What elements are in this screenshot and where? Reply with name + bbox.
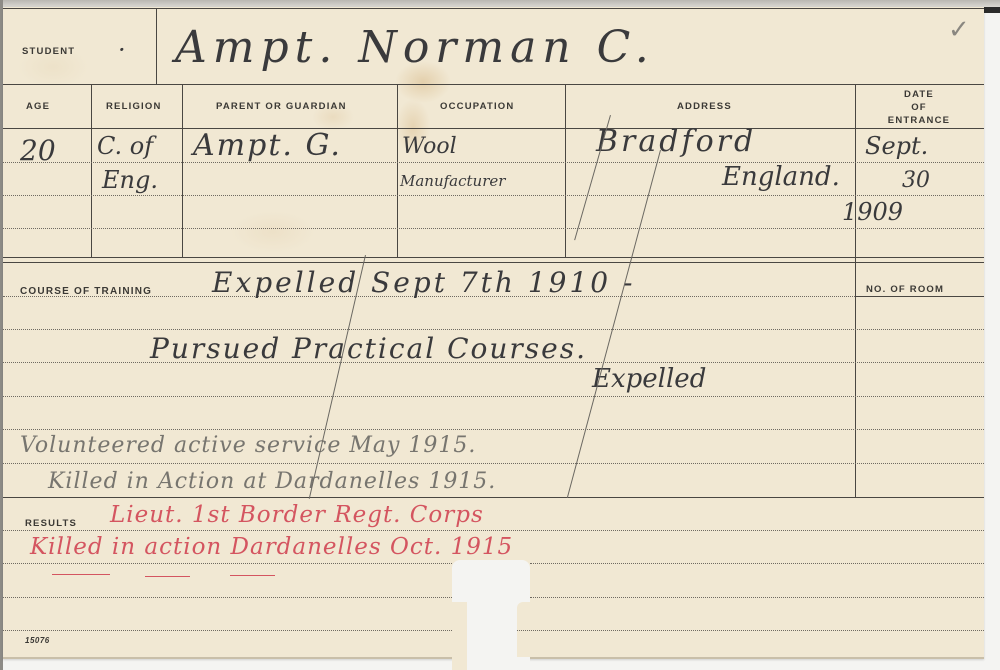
red-underline-1: [52, 574, 110, 575]
student-label: STUDENT: [22, 46, 75, 57]
scan-bed-top-edge: [0, 0, 1000, 7]
notch-shoulder-left: [452, 602, 467, 670]
rule-col-religion: [182, 84, 183, 258]
age-value: 20: [20, 134, 56, 167]
date-header-line-2: OF: [855, 101, 983, 114]
entrance-day: 30: [902, 168, 930, 193]
occupation-value-line-1: Wool: [402, 134, 457, 159]
rule-room-underline: [855, 296, 984, 297]
entrance-year: 1909: [842, 198, 903, 226]
dotted-results-4b: [517, 630, 984, 631]
dotted-results-2a: [3, 563, 452, 564]
dotted-course-5: [3, 429, 984, 430]
rule-top: [3, 8, 984, 9]
rule-col-occupation: [565, 84, 566, 258]
occupation-value-line-2: Manufacturer: [400, 172, 505, 190]
scan-bed-corner: [984, 7, 1000, 13]
parent-guardian-header: PARENT OR GUARDIAN: [216, 101, 347, 112]
results-rank-regiment: Lieut. 1st Border Regt. Corps: [110, 502, 484, 528]
date-of-entrance-header: DATE OF ENTRANCE: [855, 88, 983, 127]
religion-value-line-1: C. of: [97, 132, 153, 160]
religion-value-line-2: Eng.: [102, 166, 158, 194]
dotted-course-4: [3, 396, 984, 397]
pencil-note-killed: Killed in Action at Dardanelles 1915.: [48, 469, 496, 494]
course-line-expelled-date: Expelled Sept 7th 1910 -: [212, 266, 635, 299]
rule-col-address: [855, 84, 856, 497]
dotted-results-4a: [3, 630, 452, 631]
dotted-results-3b: [530, 597, 984, 598]
form-code: 15076: [25, 636, 50, 645]
course-line-practical: Pursued Practical Courses.: [150, 332, 587, 365]
notch-slot: [467, 610, 517, 670]
address-value-line-2: England.: [722, 162, 840, 192]
dotted-row-2: [3, 195, 984, 196]
rule-double-b: [3, 262, 984, 263]
student-name: Ampt. Norman C.: [175, 22, 655, 73]
rule-col-age: [91, 84, 92, 258]
red-underline-2: [145, 576, 190, 577]
dotted-results-2b: [530, 563, 984, 564]
religion-header: RELIGION: [106, 101, 162, 112]
results-label: RESULTS: [25, 518, 77, 529]
rule-double-a: [3, 257, 984, 258]
rule-header-bottom: [3, 128, 984, 129]
entrance-month: Sept.: [865, 132, 928, 160]
student-dot: ·: [118, 36, 126, 64]
course-line-expelled: Expelled: [592, 364, 706, 394]
results-killed-in-action: Killed in action Dardanelles Oct. 1915: [30, 534, 513, 560]
rule-student-divider: [156, 8, 157, 84]
pencil-note-volunteered: Volunteered active service May 1915.: [20, 433, 476, 458]
dotted-results-1: [3, 530, 984, 531]
dotted-course-2: [3, 329, 984, 330]
dotted-row-3: [3, 228, 984, 229]
rule-col-parent: [397, 84, 398, 258]
parent-guardian-value: Ampt. G.: [193, 128, 342, 163]
red-underline-3: [230, 575, 275, 576]
occupation-header: OCCUPATION: [440, 101, 514, 112]
rule-student-bottom: [3, 84, 984, 85]
no-of-room-label: NO. OF ROOM: [866, 284, 944, 295]
check-mark-icon: ✓: [948, 15, 970, 45]
age-header: AGE: [26, 101, 50, 112]
date-header-line-1: DATE: [855, 88, 983, 101]
course-of-training-label: COURSE OF TRAINING: [20, 286, 152, 297]
rule-results-top: [3, 497, 984, 498]
dotted-course-6: [3, 463, 984, 464]
address-header: ADDRESS: [677, 101, 732, 112]
dotted-results-3a: [3, 597, 452, 598]
date-header-line-3: ENTRANCE: [855, 114, 983, 127]
address-value-line-1: Bradford: [596, 124, 756, 159]
